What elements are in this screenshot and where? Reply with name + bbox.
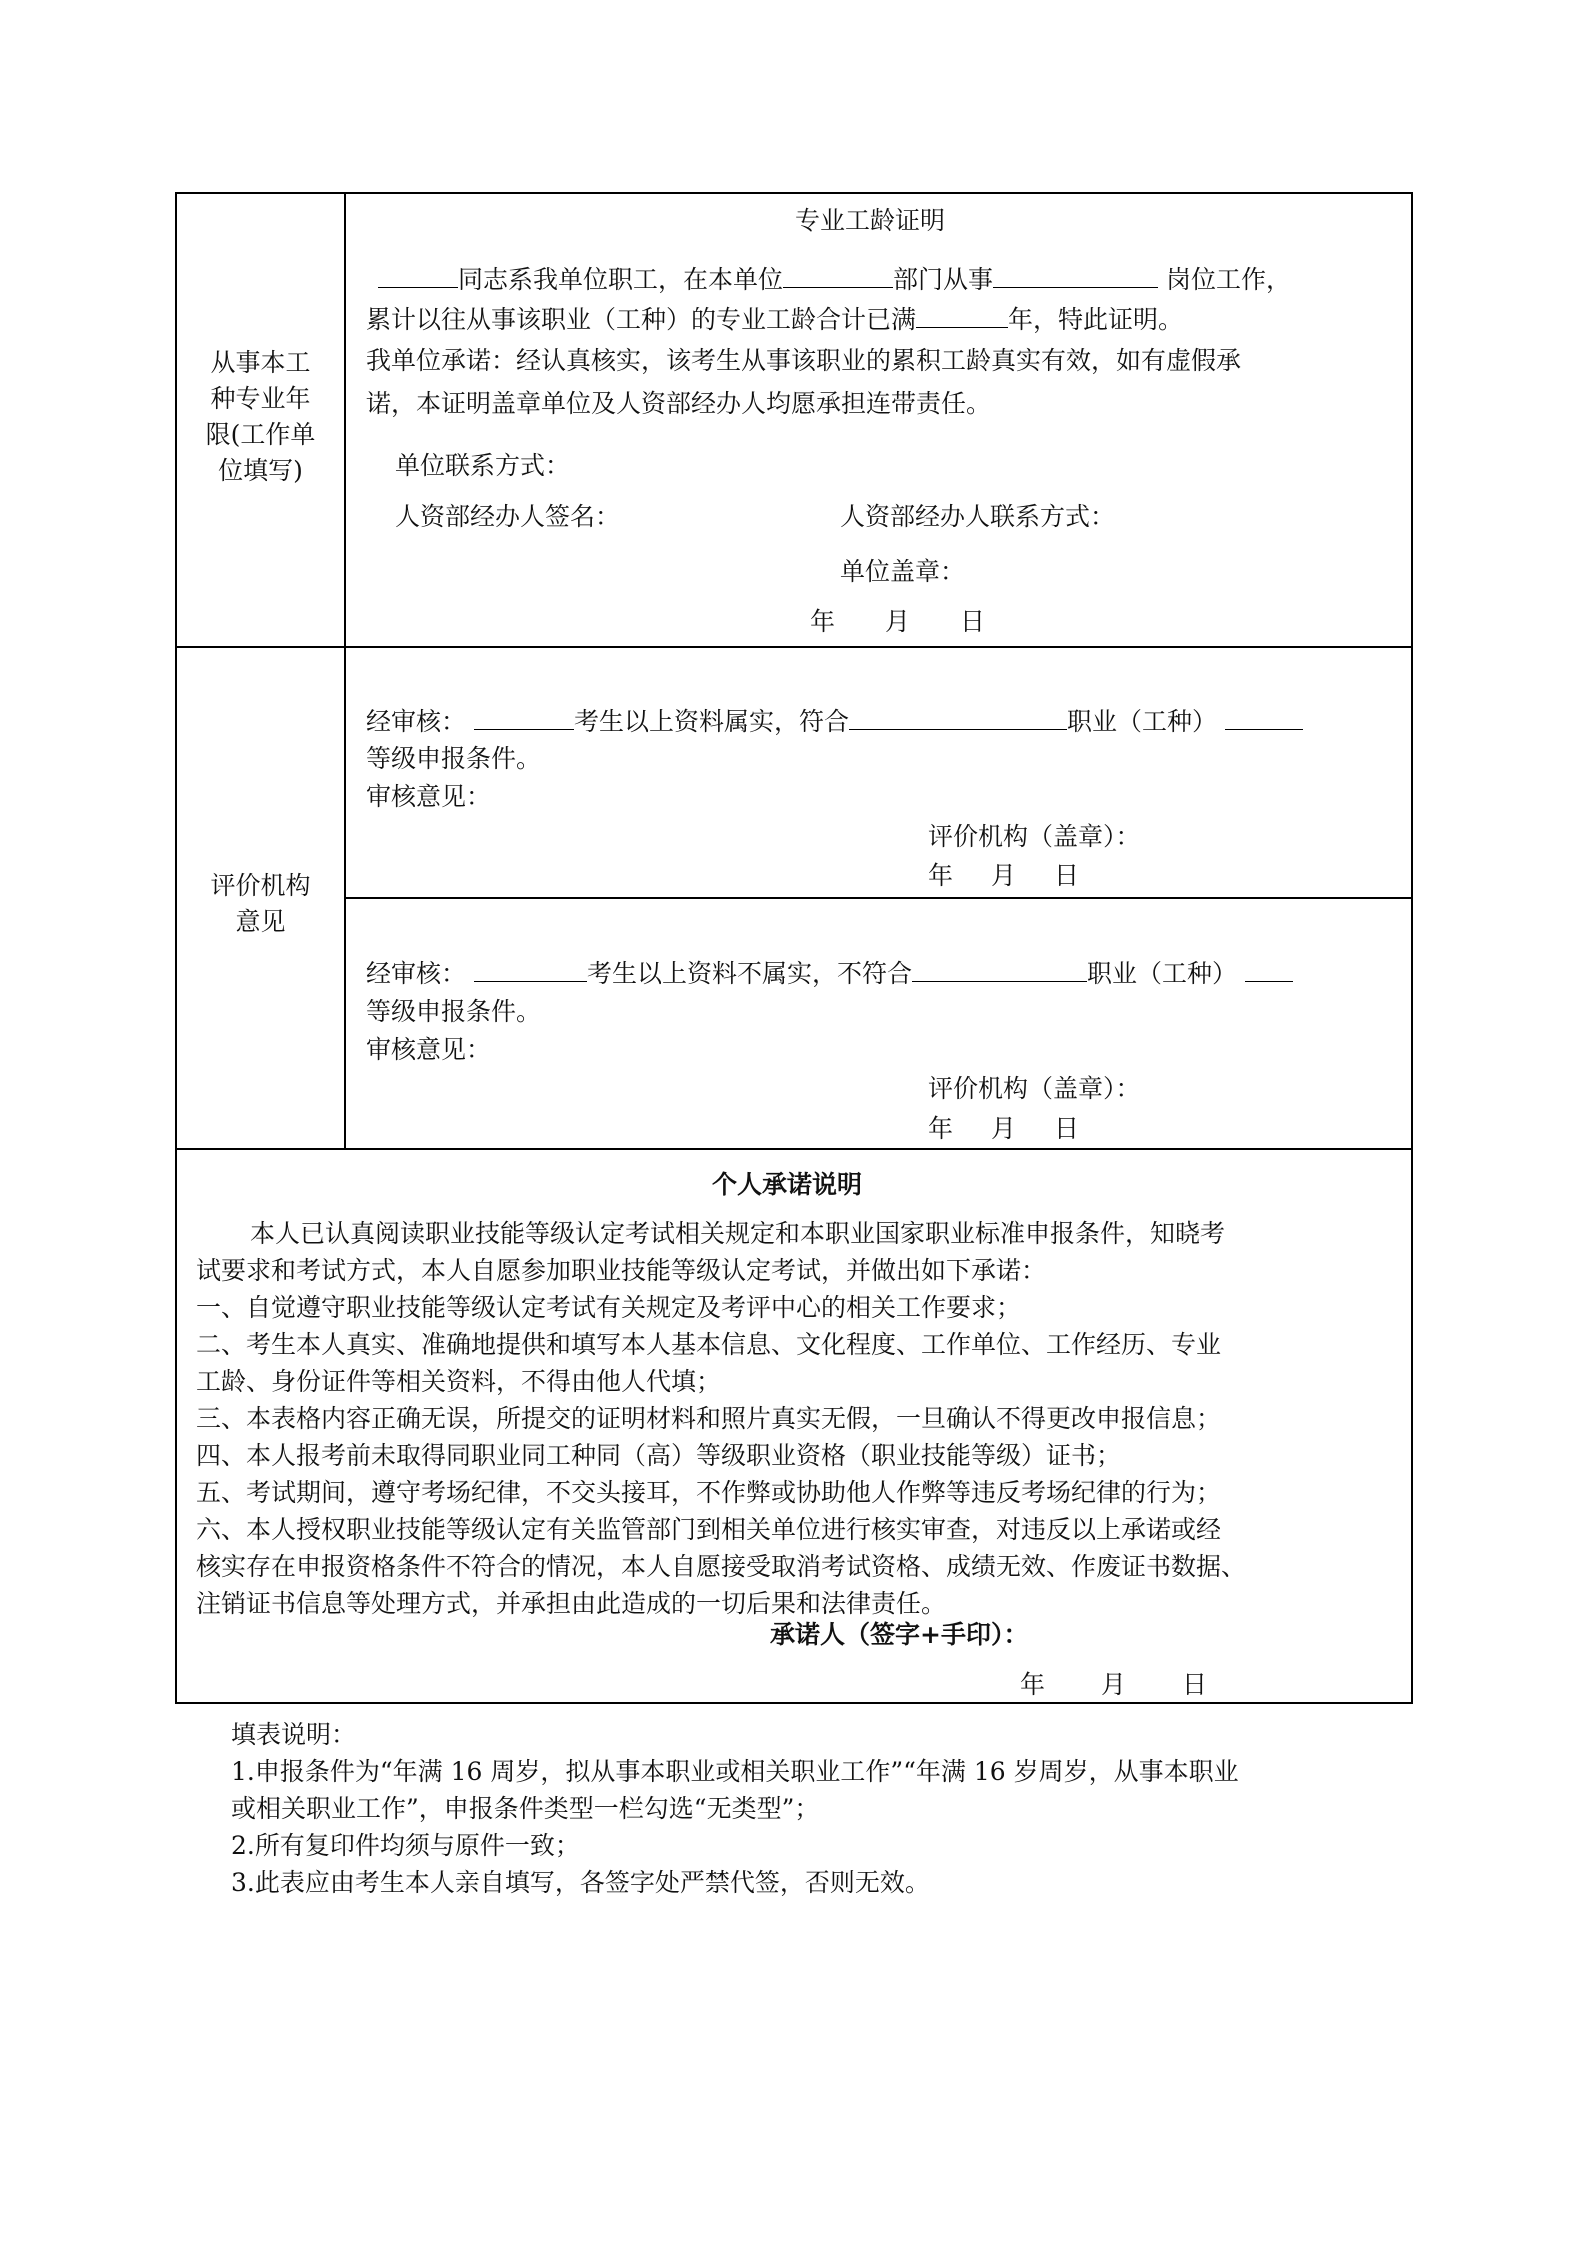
hr-signature-field[interactable]: 人资部经办人签名： xyxy=(395,502,620,532)
unit-commitment-line-2: 诺，本证明盖章单位及人资部经办人均愿承担连带责任。 xyxy=(366,389,991,419)
reject-seal-field[interactable]: 评价机构（盖章）： xyxy=(928,1074,1141,1104)
reject-date: 年月日 xyxy=(928,1114,1079,1144)
approve-seal-field[interactable]: 评价机构（盖章）： xyxy=(928,822,1141,852)
commitment-line: 试要求和考试方式，本人自愿参加职业技能等级认定考试，并做出如下承诺： xyxy=(180,1252,1410,1289)
divider-eval-commitment xyxy=(175,1148,1413,1150)
reject-line-2: 等级申报条件。 xyxy=(366,997,541,1027)
work-years-label: 从事本工 种专业年 限(工作单 位填写) xyxy=(177,345,344,489)
commitment-line: 本人已认真阅读职业技能等级认定考试相关规定和本职业国家职业标准申报条件，知晓考 xyxy=(180,1215,1410,1252)
approve-line-1: 经审核： 考生以上资料属实，符合职业（工种） xyxy=(366,707,1303,737)
divider-work-eval xyxy=(175,646,1413,648)
certificate-date: 年月日 xyxy=(810,607,985,637)
commitment-item-4: 四、本人报考前未取得同职业同工种同（高）等级职业资格（职业技能等级）证书； xyxy=(180,1437,1410,1474)
fill-instruction-3: 3.此表应由考生本人亲自填写，各签字处严禁代签，否则无效。 xyxy=(193,1864,1413,1901)
commitment-item-5: 五、考试期间，遵守考场纪律，不交头接耳，不作弊或协助他人作弊等违反考场纪律的行为… xyxy=(180,1474,1410,1511)
approve-date: 年月日 xyxy=(928,861,1079,891)
years-blank[interactable] xyxy=(916,305,1008,328)
reject-opinion-field[interactable]: 审核意见： xyxy=(366,1035,491,1065)
form-page: 从事本工 种专业年 限(工作单 位填写) 专业工龄证明 同志系我单位职工，在本单… xyxy=(0,0,1587,2245)
commitment-signature-field[interactable]: 承诺人（签字+手印）： xyxy=(770,1620,1028,1650)
commitment-item-1: 一、自觉遵守职业技能等级认定考试有关规定及考评中心的相关工作要求； xyxy=(180,1289,1410,1326)
fill-instruction-1: 1.申报条件为“年满 16 周岁，拟从事本职业或相关职业工作”“年满 16 岁周… xyxy=(193,1753,1413,1790)
approve-line-2: 等级申报条件。 xyxy=(366,744,541,774)
certificate-line-1: 同志系我单位职工，在本单位部门从事 岗位工作， xyxy=(378,265,1291,295)
divider-label-column xyxy=(344,192,346,1149)
commitment-item-6-cont: 核实存在申报资格条件不符合的情况，本人自愿接受取消考试资格、成绩无效、作废证书数… xyxy=(180,1548,1410,1585)
approve-occupation-blank[interactable] xyxy=(849,707,1067,730)
name-blank[interactable] xyxy=(378,265,458,288)
fill-instructions-title: 填表说明： xyxy=(193,1716,1413,1753)
reject-level-blank[interactable] xyxy=(1245,959,1293,982)
approve-level-blank[interactable] xyxy=(1225,707,1303,730)
unit-seal-field[interactable]: 单位盖章： xyxy=(840,557,965,587)
commitment-date: 年月日 xyxy=(1020,1670,1207,1700)
reject-examinee-blank[interactable] xyxy=(474,959,587,982)
approve-opinion-field[interactable]: 审核意见： xyxy=(366,782,491,812)
certificate-title: 专业工龄证明 xyxy=(795,206,945,236)
evaluation-label: 评价机构 意见 xyxy=(177,868,344,940)
unit-commitment-line-1: 我单位承诺：经认真核实，该考生从事该职业的累积工龄真实有效，如有虚假承 xyxy=(366,346,1241,376)
commitment-item-6-cont: 注销证书信息等处理方式，并承担由此造成的一切后果和法律责任。 xyxy=(180,1585,1410,1622)
department-blank[interactable] xyxy=(783,265,893,288)
certificate-line-2: 累计以往从事该职业（工种）的专业工龄合计已满年，特此证明。 xyxy=(366,305,1183,335)
position-blank[interactable] xyxy=(993,265,1158,288)
commitment-item-3: 三、本表格内容正确无误，所提交的证明材料和照片真实无假，一旦确认不得更改申报信息… xyxy=(180,1400,1410,1437)
hr-contact-field[interactable]: 人资部经办人联系方式： xyxy=(840,502,1115,532)
commitment-item-2: 二、考生本人真实、准确地提供和填写本人基本信息、文化程度、工作单位、工作经历、专… xyxy=(180,1326,1410,1363)
fill-instructions: 填表说明： 1.申报条件为“年满 16 周岁，拟从事本职业或相关职业工作”“年满… xyxy=(193,1716,1413,1901)
fill-instruction-2: 2.所有复印件均须与原件一致； xyxy=(193,1827,1413,1864)
commitment-item-2-cont: 工龄、身份证件等相关资料，不得由他人代填； xyxy=(180,1363,1410,1400)
divider-eval-approve-reject xyxy=(345,897,1413,899)
unit-contact-field[interactable]: 单位联系方式： xyxy=(395,451,570,481)
commitment-title: 个人承诺说明 xyxy=(712,1170,862,1200)
reject-line-1: 经审核： 考生以上资料不属实，不符合职业（工种） xyxy=(366,959,1293,989)
fill-instruction-1-cont: 或相关职业工作”，申报条件类型一栏勾选“无类型”； xyxy=(193,1790,1413,1827)
approve-examinee-blank[interactable] xyxy=(474,707,574,730)
commitment-item-6: 六、本人授权职业技能等级认定有关监管部门到相关单位进行核实审查，对违反以上承诺或… xyxy=(180,1511,1410,1548)
reject-occupation-blank[interactable] xyxy=(912,959,1087,982)
commitment-body: 本人已认真阅读职业技能等级认定考试相关规定和本职业国家职业标准申报条件，知晓考 … xyxy=(180,1215,1410,1622)
